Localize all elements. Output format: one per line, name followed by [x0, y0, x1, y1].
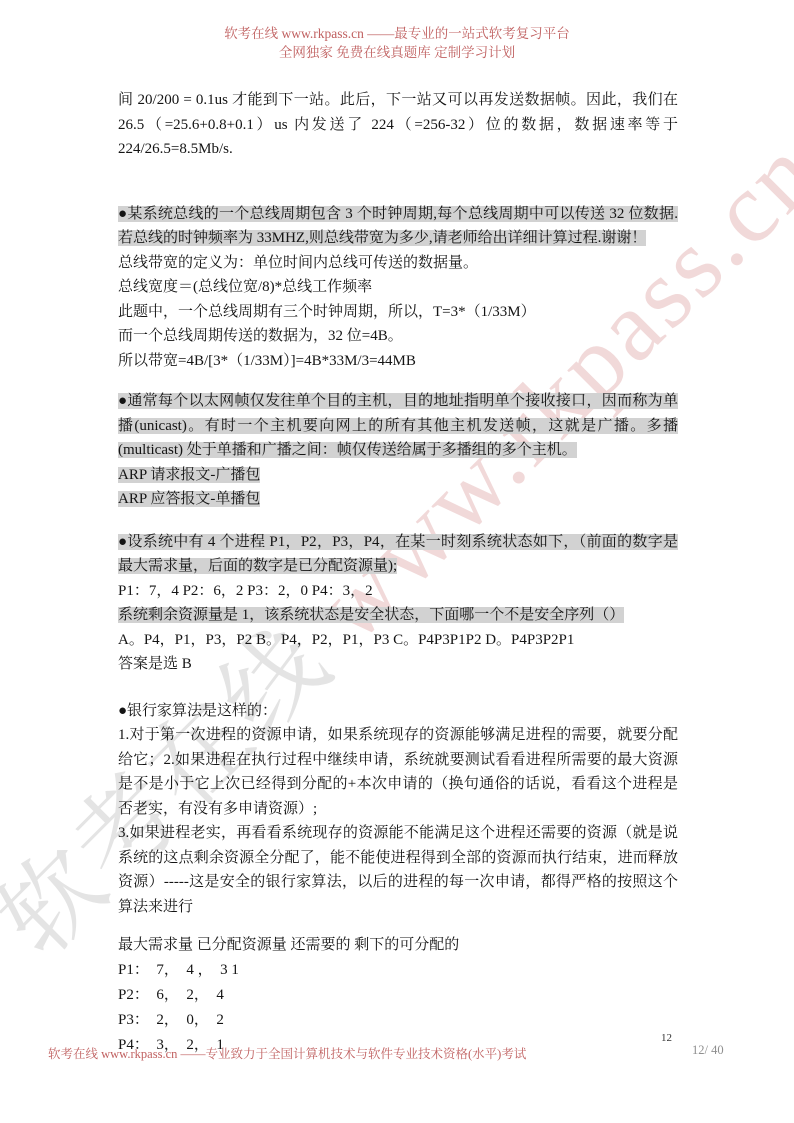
- plain-text: 答案是选 B: [118, 656, 192, 672]
- text-line: 系统剩余资源量是 1，该系统状态是安全状态，下面哪一个不是安全序列（）: [118, 603, 678, 628]
- document-page: 软考在线 www.rkpass.cn 软考在线 www.rkpass.cn ——…: [0, 0, 794, 1123]
- plain-text: 3.如果进程老实，再看看系统现存的资源能不能满足这个进程还需要的资源（就是说系统…: [118, 825, 678, 915]
- highlighted-text: ARP 请求报文-广播包: [118, 467, 260, 483]
- plain-text: 最大需求量 已分配资源量 还需要的 剩下的可分配的: [118, 937, 459, 953]
- table-row: P1： 7， 4 ， 3 1: [118, 958, 678, 983]
- table-header: 最大需求量 已分配资源量 还需要的 剩下的可分配的: [118, 933, 678, 958]
- options-line: A。P4，P1，P3，P2 B。P4，P2，P1，P3 C。P4P3P1P2 D…: [118, 628, 678, 653]
- header-line-2: 全网独家 免费在线真题库 定制学习计划: [0, 43, 794, 62]
- paragraph: 1.对于第一次进程的资源申请，如果系统现存的资源能够满足进程的需要，就要分配给它…: [118, 723, 678, 821]
- page-footer: 软考在线 www.rkpass.cn ——专业致力于全国计算机技术与软件专业技术…: [48, 1044, 526, 1062]
- text-line: ●银行家算法是这样的：: [118, 699, 678, 724]
- text-line: 总线带宽的定义为：单位时间内总线可传送的数据量。: [118, 251, 678, 276]
- plain-text: 此题中，一个总线周期有三个时钟周期，所以，T=3*（1/33M）: [118, 304, 536, 320]
- text-line: 所以带宽=4B/[3*（1/33M）]=4B*33M/3=44MB: [118, 349, 678, 374]
- plain-text: 而一个总线周期传送的数据为，32 位=4B。: [118, 328, 403, 344]
- plain-text: 总线带宽的定义为：单位时间内总线可传送的数据量。: [118, 255, 478, 271]
- page-number: 12: [661, 1032, 672, 1044]
- text-line: 总线宽度＝(总线位宽/8)*总线工作频率: [118, 275, 678, 300]
- plain-text: P3： 2， 0， 2: [118, 1012, 224, 1028]
- highlighted-text: ●某系统总线的一个总线周期包含 3 个时钟周期,每个总线周期中可以传送 32 位…: [118, 206, 678, 247]
- paragraph: 3.如果进程老实，再看看系统现存的资源能不能满足这个进程还需要的资源（就是说系统…: [118, 821, 678, 919]
- text-line: 此题中，一个总线周期有三个时钟周期，所以，T=3*（1/33M）: [118, 300, 678, 325]
- plain-text: A。P4，P1，P3，P2 B。P4，P2，P1，P3 C。P4P3P1P2 D…: [118, 632, 574, 648]
- text-line: ARP 请求报文-广播包: [118, 463, 678, 488]
- document-content: 间 20/200 = 0.1us 才能到下一站。此后，下一站又可以再发送数据帧。…: [118, 88, 678, 1058]
- text-line: ARP 应答报文-单播包: [118, 487, 678, 512]
- highlighted-text: ARP 应答报文-单播包: [118, 491, 260, 507]
- page-header: 软考在线 www.rkpass.cn ——最专业的一站式软考复习平台 全网独家 …: [0, 24, 794, 62]
- text-line: 而一个总线周期传送的数据为，32 位=4B。: [118, 324, 678, 349]
- plain-text: 1.对于第一次进程的资源申请，如果系统现存的资源能够满足进程的需要，就要分配给它…: [118, 727, 678, 817]
- plain-text: 间 20/200 = 0.1us 才能到下一站。此后，下一站又可以再发送数据帧。…: [118, 92, 682, 157]
- plain-text: 总线宽度＝(总线位宽/8)*总线工作频率: [118, 279, 372, 295]
- highlighted-text: 系统剩余资源量是 1，该系统状态是安全状态，下面哪一个不是安全序列（）: [118, 607, 624, 623]
- plain-text: 所以带宽=4B/[3*（1/33M）]=4B*33M/3=44MB: [118, 353, 416, 369]
- table-row: P3： 2， 0， 2: [118, 1008, 678, 1033]
- answer-line: 答案是选 B: [118, 652, 678, 677]
- question-paragraph: ●通常每个以太网帧仅发往单个目的主机，目的地址指明单个接收接口，因而称为单播(u…: [118, 389, 678, 463]
- plain-text: P1：7，4 P2：6，2 P3：2，0 P4：3，2: [118, 583, 373, 599]
- plain-text: P1： 7， 4 ， 3 1: [118, 962, 239, 978]
- page-indicator: 12/ 40: [692, 1043, 724, 1058]
- highlighted-text: ●设系统中有 4 个进程 P1，P2，P3，P4，在某一时刻系统状态如下，（前面…: [118, 534, 678, 575]
- plain-text: P2： 6， 2， 4: [118, 987, 224, 1003]
- plain-text: ●银行家算法是这样的：: [118, 703, 277, 719]
- paragraph: 间 20/200 = 0.1us 才能到下一站。此后，下一站又可以再发送数据帧。…: [118, 88, 678, 162]
- header-line-1: 软考在线 www.rkpass.cn ——最专业的一站式软考复习平台: [0, 24, 794, 43]
- question-paragraph: ●设系统中有 4 个进程 P1，P2，P3，P4，在某一时刻系统状态如下，（前面…: [118, 530, 678, 579]
- question-paragraph: ●某系统总线的一个总线周期包含 3 个时钟周期,每个总线周期中可以传送 32 位…: [118, 202, 678, 251]
- text-line: P1：7，4 P2：6，2 P3：2，0 P4：3，2: [118, 579, 678, 604]
- table-row: P2： 6， 2， 4: [118, 983, 678, 1008]
- highlighted-text: ●通常每个以太网帧仅发往单个目的主机，目的地址指明单个接收接口，因而称为单播(u…: [118, 393, 678, 458]
